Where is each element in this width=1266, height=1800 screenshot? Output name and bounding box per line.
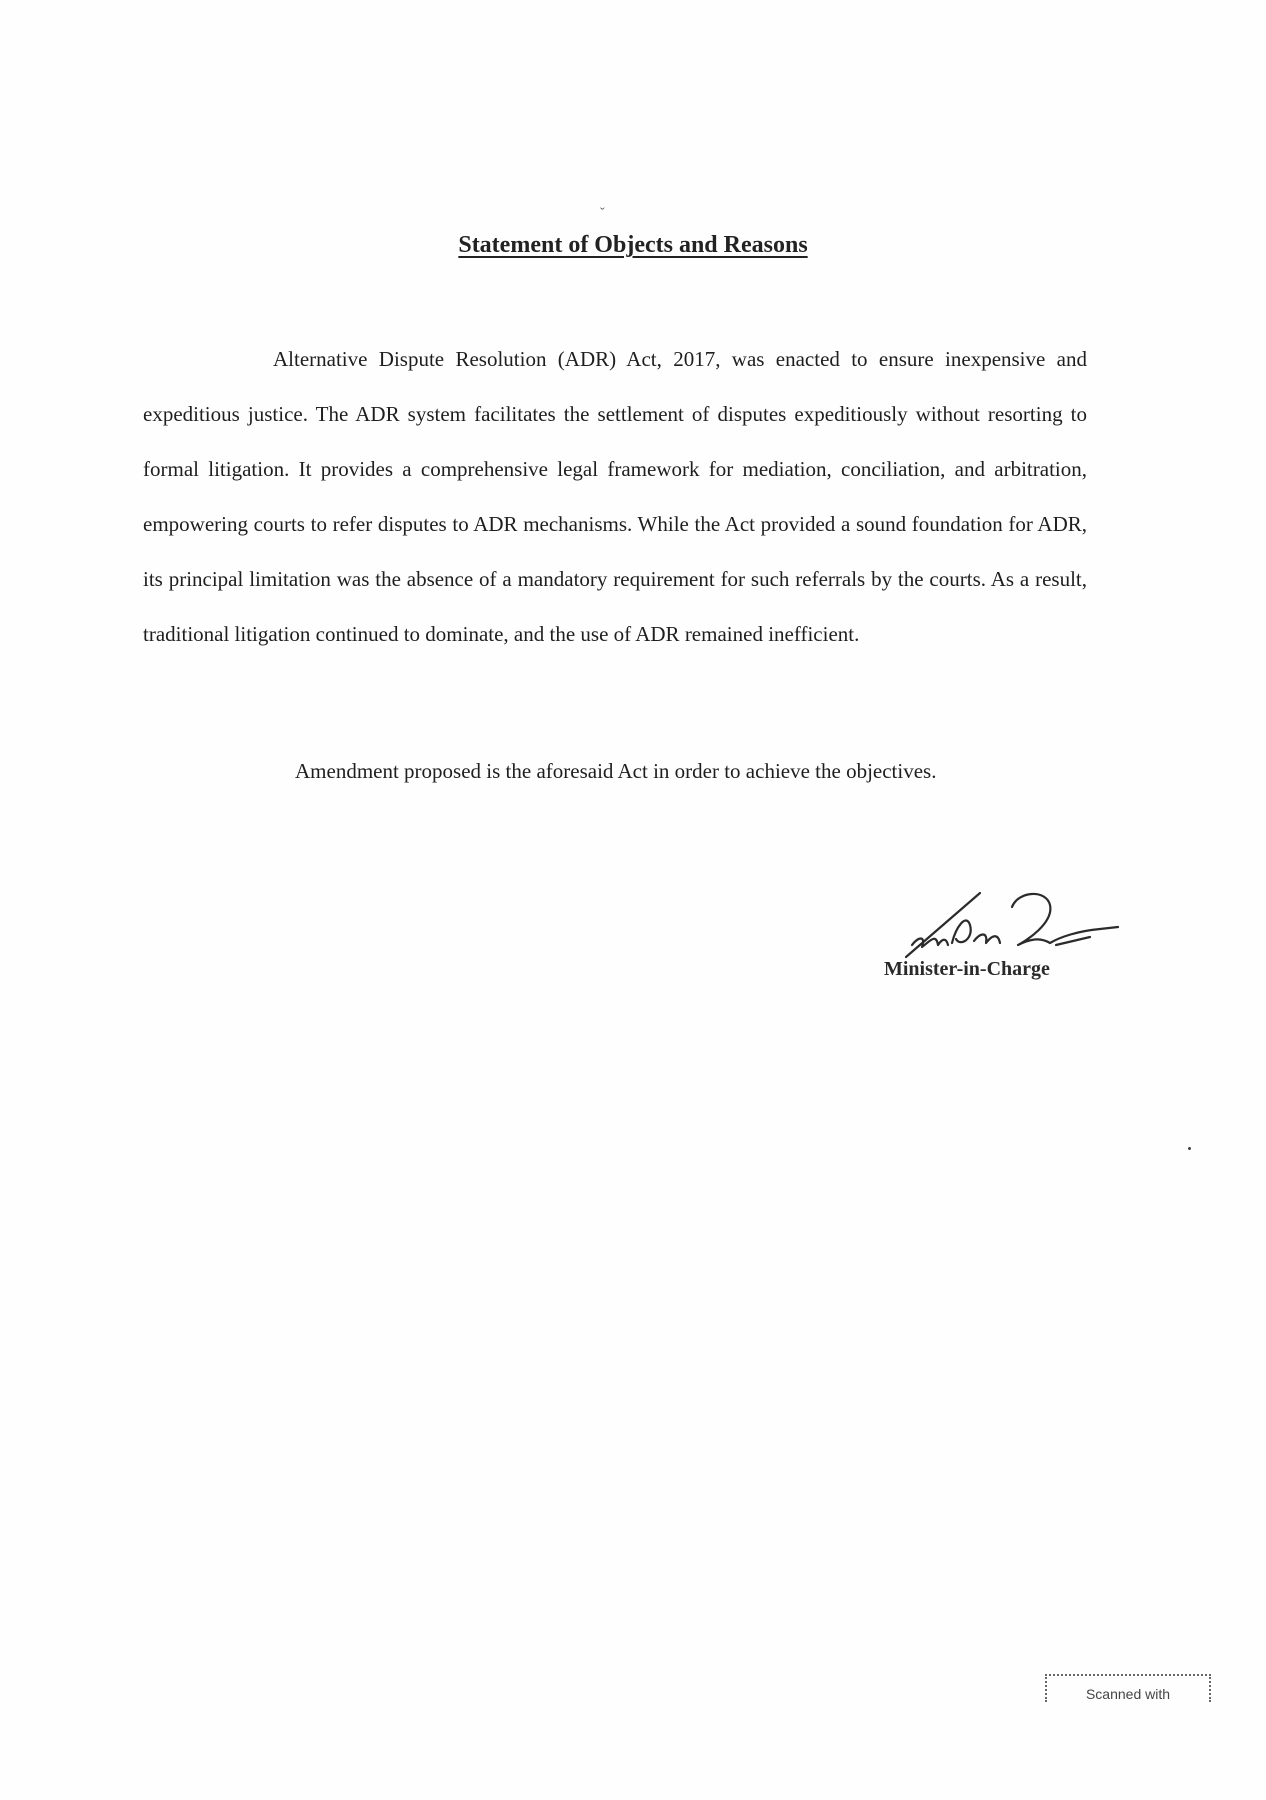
document-page: ˇ Statement of Objects and Reasons Alter… [0, 0, 1266, 1800]
closing-paragraph: Amendment proposed is the aforesaid Act … [295, 744, 1095, 799]
scanner-watermark: Scanned with [1045, 1674, 1211, 1702]
scanner-watermark-text: Scanned with [1047, 1686, 1209, 1702]
body-paragraph: Alternative Dispute Resolution (ADR) Act… [143, 332, 1087, 662]
scan-artifact-mark: ˇ [600, 206, 605, 222]
page-title: Statement of Objects and Reasons [0, 232, 1266, 259]
scan-dust-speck [1188, 1147, 1191, 1150]
signatory-title: Minister-in-Charge [884, 958, 1050, 981]
signature-icon [900, 885, 1160, 965]
